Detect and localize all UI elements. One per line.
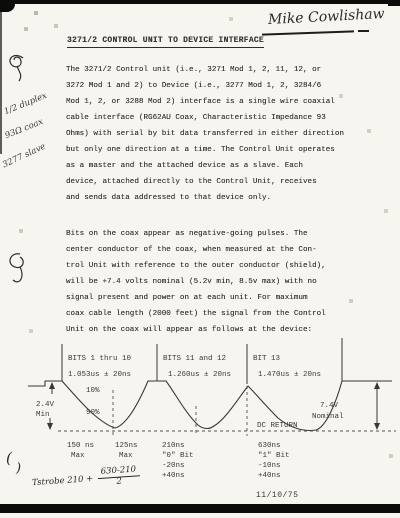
handwritten-paren: ) bbox=[16, 461, 21, 476]
body-line: center conductor of the coax, when measu… bbox=[66, 242, 358, 258]
body-line: but only one direction at a time. The Co… bbox=[66, 142, 358, 158]
time-mark: 150 ns bbox=[67, 442, 94, 450]
body-line: Mod 1, 2, or 3288 Mod 2) interface is a … bbox=[66, 94, 358, 110]
formula-fraction: 630-2102 bbox=[98, 465, 141, 488]
segment-timing: 1.053us ± 20ns bbox=[68, 371, 131, 379]
document-title: 3271/2 CONTROL UNIT TO DEVICE INTERFACE bbox=[67, 36, 264, 48]
signature-underline-dash bbox=[358, 30, 369, 32]
date-stamp: 11/10/75 bbox=[256, 491, 298, 500]
margin-scribble-mark bbox=[6, 250, 32, 294]
margin-note-slave: 3277 slave bbox=[1, 142, 47, 171]
scanned-document-page: Mike Cowlishaw 1/2 duplex 93Ω coax 3277 … bbox=[0, 0, 400, 518]
pct10-label: 10% bbox=[86, 387, 100, 395]
dc-return-label: DC RETURN bbox=[257, 422, 298, 430]
segment-timing: 1.260us ± 20ns bbox=[168, 371, 231, 379]
scan-mark-top-right bbox=[388, 0, 400, 6]
body-line: Ohms) with serial by bit data transferre… bbox=[66, 126, 358, 142]
arrowhead-up bbox=[374, 382, 380, 389]
time-mark: -10ns bbox=[258, 462, 281, 470]
margin-scribble-mark bbox=[5, 52, 31, 84]
segment-label: BIT 13 bbox=[253, 355, 281, 363]
time-mark: Max bbox=[119, 452, 133, 460]
scan-edge-top bbox=[0, 0, 400, 4]
time-mark: 210ns bbox=[162, 442, 185, 450]
segment-timing: 1.470us ± 20ns bbox=[258, 371, 321, 379]
time-mark: "0" Bit bbox=[162, 452, 194, 460]
margin-note-coax: 93Ω coax bbox=[4, 117, 45, 141]
handwritten-paren: ( bbox=[6, 449, 12, 467]
body-line: 3272 Mod 1 and 2) to Device (i.e., 3277 … bbox=[66, 78, 358, 94]
time-mark: 630ns bbox=[258, 442, 281, 450]
time-mark: "1" Bit bbox=[258, 452, 290, 460]
body-line: as a master and the attached device as a… bbox=[66, 158, 358, 174]
body-line: device, attached directly to the Control… bbox=[66, 174, 358, 190]
paragraph-1: The 3271/2 Control unit (i.e., 3271 Mod … bbox=[66, 62, 358, 206]
body-line: will be +7.4 volts nominal (5.2v min, 8.… bbox=[66, 274, 358, 290]
nominal-voltage-label: 7.4V bbox=[320, 402, 339, 410]
body-line: signal present and power on at each unit… bbox=[66, 290, 358, 306]
scan-noise-speckles bbox=[0, 0, 2, 2]
arrowhead-up bbox=[49, 382, 55, 389]
segment-label: BITS 1 thru 10 bbox=[68, 355, 132, 363]
time-mark: 125ns bbox=[115, 442, 138, 450]
handwritten-signature: Mike Cowlishaw bbox=[268, 6, 385, 28]
nominal-voltage-label: Nominal bbox=[312, 413, 344, 421]
body-line: Bits on the coax appear as negative-goin… bbox=[66, 226, 358, 242]
scan-blob-top-left bbox=[0, 0, 15, 12]
time-mark: Max bbox=[71, 452, 85, 460]
body-line: and sends data addressed to that device … bbox=[66, 190, 358, 206]
pct90-label: 90% bbox=[86, 409, 100, 417]
arrowhead-down bbox=[47, 423, 53, 430]
signature-underline bbox=[262, 30, 354, 35]
body-line: cable interface (RG62AU Coax, Characteri… bbox=[66, 110, 358, 126]
time-mark: +40ns bbox=[162, 472, 185, 480]
body-line: coax cable length (2000 feet) the signal… bbox=[66, 306, 358, 322]
time-mark: -20ns bbox=[162, 462, 185, 470]
min-voltage-label: Min bbox=[36, 411, 50, 419]
paragraph-2: Bits on the coax appear as negative-goin… bbox=[66, 226, 358, 338]
min-voltage-label: 2.4V bbox=[36, 401, 55, 409]
body-line: The 3271/2 Control unit (i.e., 3271 Mod … bbox=[66, 62, 358, 78]
segment-label: BITS 11 and 12 bbox=[163, 355, 226, 363]
scan-edge-left bbox=[0, 4, 2, 154]
formula-prefix: Tstrobe 210 + bbox=[32, 474, 94, 488]
time-mark: +40ns bbox=[258, 472, 281, 480]
margin-note-duplex: 1/2 duplex bbox=[3, 91, 49, 117]
body-line: trol Unit with reference to the outer co… bbox=[66, 258, 358, 274]
arrowhead-down bbox=[374, 423, 380, 430]
